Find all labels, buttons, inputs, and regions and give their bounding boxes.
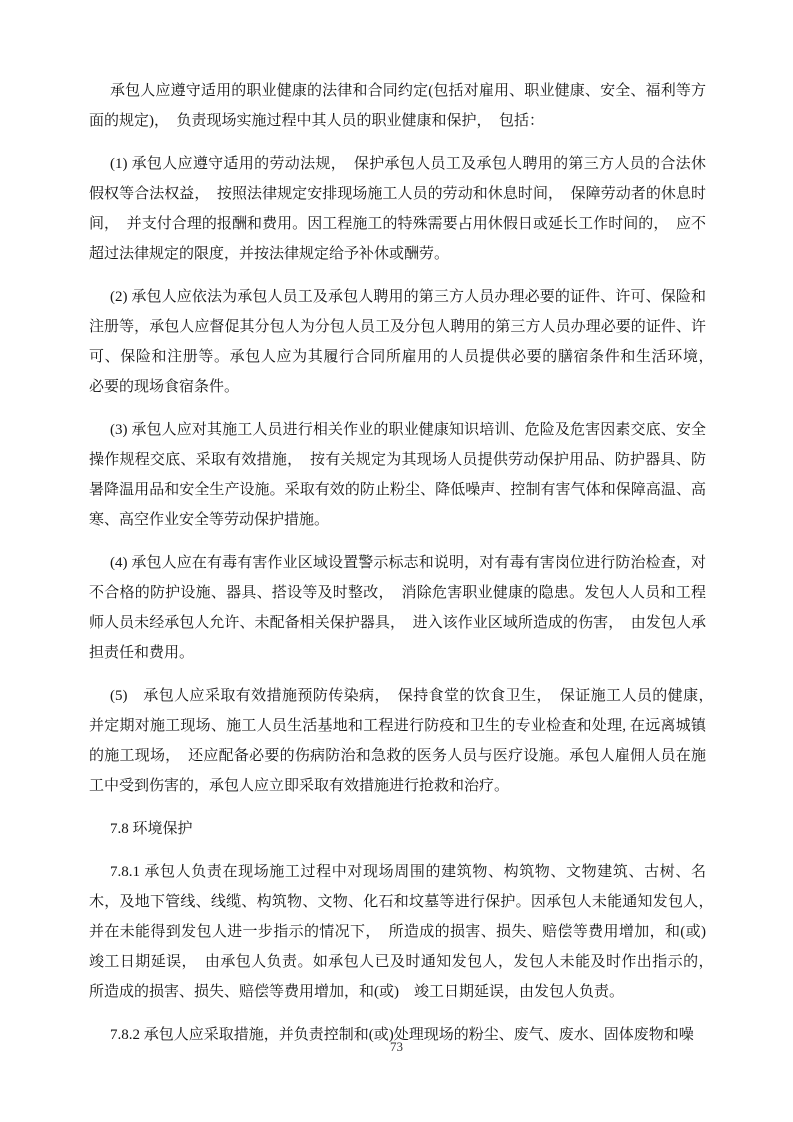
list-item-5: (5) 承包人应采取有效措施预防传染病， 保持食堂的饮食卫生， 保证施工人员的健… — [89, 681, 706, 801]
list-item-2: (2) 承包人应依法为承包人员工及承包人聘用的第三方人员办理必要的证件、许可、保… — [89, 282, 706, 402]
list-item-3: (3) 承包人应对其施工人员进行相关作业的职业健康知识培训、危险及危害因素交底、… — [89, 415, 706, 535]
paragraph-occupational-health-intro: 承包人应遵守适用的职业健康的法律和合同约定(包括对雇用、职业健康、安全、福利等方… — [89, 76, 706, 136]
page-number: 73 — [0, 1038, 793, 1056]
document-body: 承包人应遵守适用的职业健康的法律和合同约定(包括对雇用、职业健康、安全、福利等方… — [89, 76, 706, 1063]
clause-7-8-1: 7.8.1 承包人负责在现场施工过程中对现场周围的建筑物、构筑物、文物建筑、古树… — [89, 857, 706, 1007]
document-page: 承包人应遵守适用的职业健康的法律和合同约定(包括对雇用、职业健康、安全、福利等方… — [0, 0, 793, 1122]
list-item-1: (1) 承包人应遵守适用的劳动法规， 保护承包人员工及承包人聘用的第三方人员的合… — [89, 149, 706, 269]
section-heading-7-8: 7.8 环境保护 — [89, 814, 706, 844]
list-item-4: (4) 承包人应在有毒有害作业区域设置警示标志和说明，对有毒有害岗位进行防治检查… — [89, 548, 706, 668]
